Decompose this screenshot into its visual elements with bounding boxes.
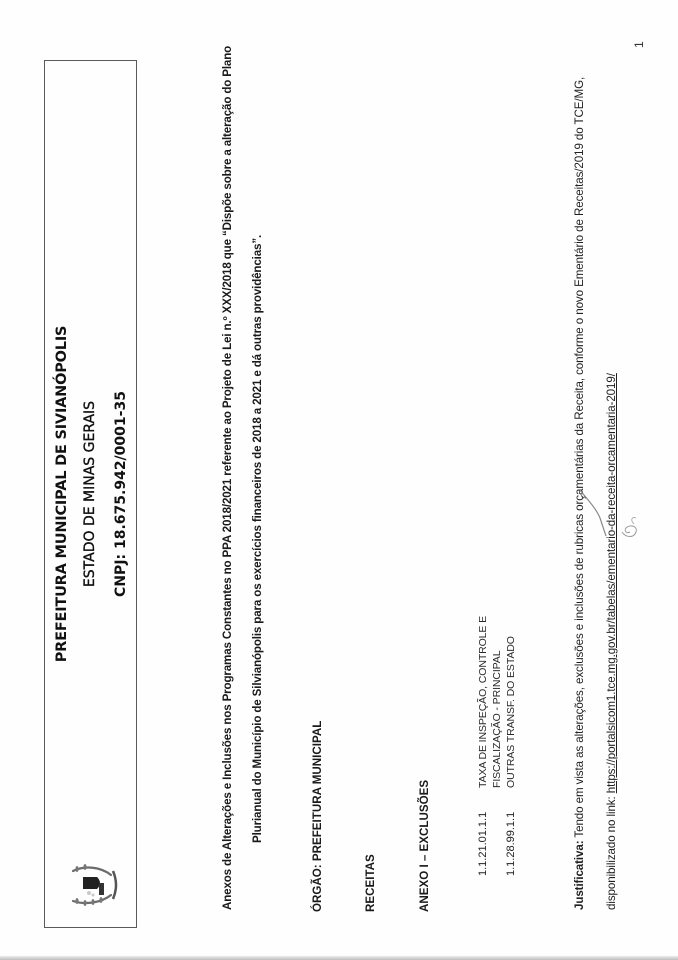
link-prefix: disponibilizado no link: <box>605 793 618 910</box>
letterhead-box: PREFEITURA MUNICIPAL DE SIVIANÓPOLIS EST… <box>44 60 137 928</box>
scan-edge <box>0 956 678 960</box>
intro-line-1: Anexos de Alterações e Inclusões nos Pro… <box>221 46 234 910</box>
receitas-heading: RECEITAS <box>364 854 377 912</box>
anexo-heading: ANEXO I – EXCLUSÕES <box>418 780 431 912</box>
state-name: ESTADO DE MINAS GERAIS <box>82 61 98 927</box>
item-code: 1.1.28.99.1.1 <box>505 812 517 876</box>
orgao-heading: ÓRGÃO: PREFEITURA MUNICIPAL <box>311 721 324 912</box>
handwritten-signature-icon <box>560 420 650 560</box>
page-number: 1 <box>632 41 646 48</box>
intro-line-2: Plurianual do Município de Silvianópolis… <box>251 235 264 843</box>
municipality-title: PREFEITURA MUNICIPAL DE SIVIANÓPOLIS <box>54 61 70 927</box>
document-page: PREFEITURA MUNICIPAL DE SIVIANÓPOLIS EST… <box>0 0 678 960</box>
item-description: FISCALIZAÇÃO - PRINCIPAL <box>491 651 503 788</box>
item-code: 1.1.21.01.1.1 <box>477 812 489 876</box>
cnpj: CNPJ: 18.675.942/0001-35 <box>113 61 129 927</box>
item-description: OUTRAS TRANSF. DO ESTADO <box>505 636 517 788</box>
justification-label: Justificativa: <box>573 841 586 910</box>
item-description: TAXA DE INSPEÇÃO, CONTROLE E <box>477 616 489 788</box>
